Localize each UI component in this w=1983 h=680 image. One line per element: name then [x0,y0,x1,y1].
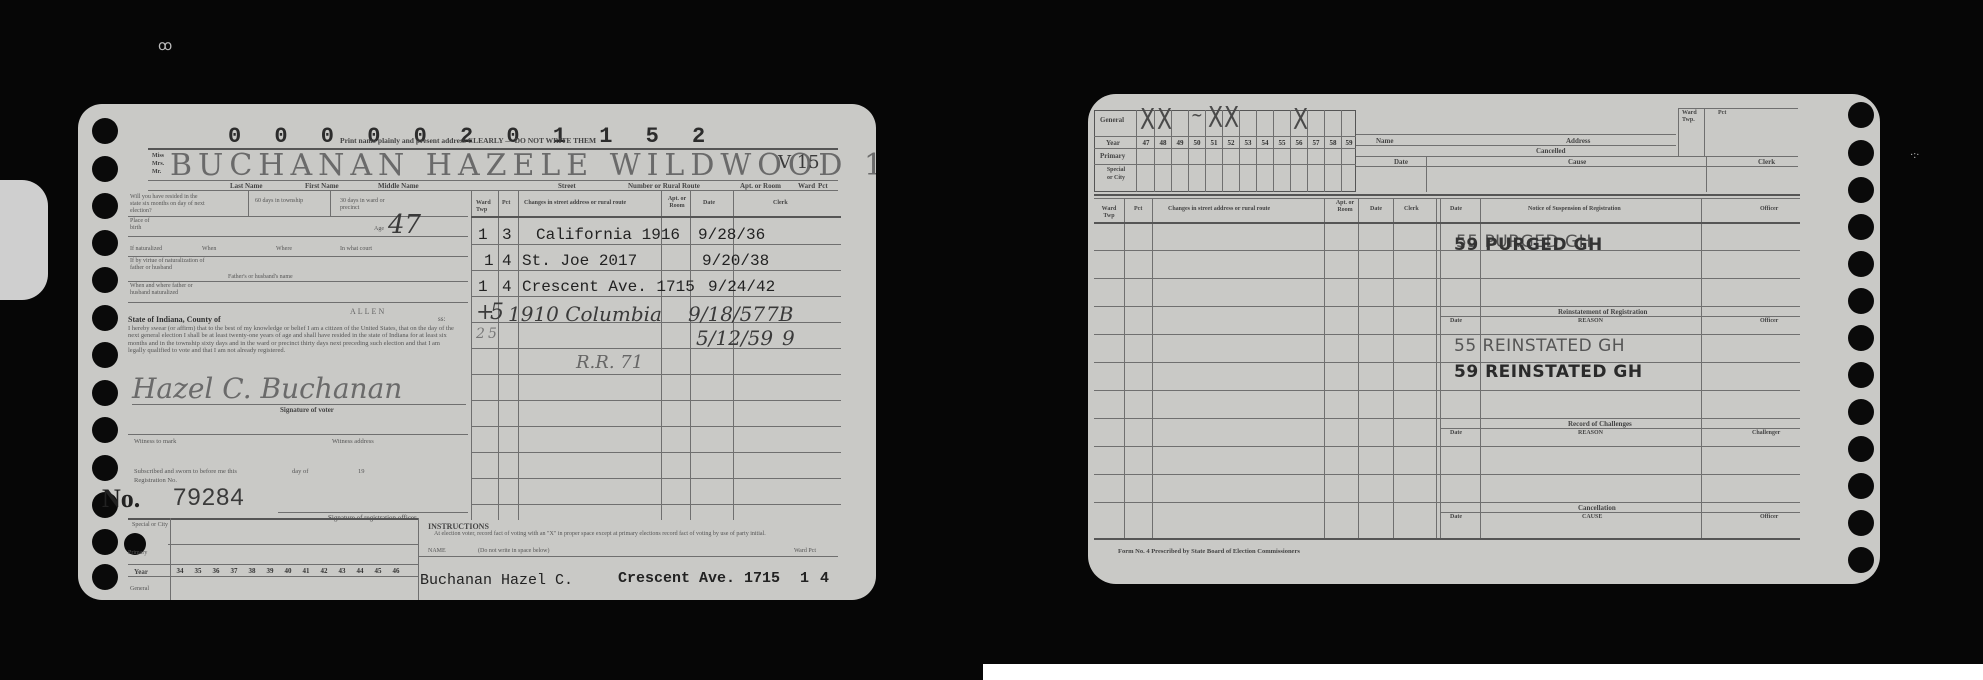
rule [128,518,418,520]
label-place-of-birth: Place of birth [130,218,160,232]
row4-date: 9/18/57 [688,302,765,326]
label-number: Number or Rural Route [628,182,700,190]
reinstatement-title: Reinstatement of Registration [1558,308,1647,316]
year-cell: 48 [1155,139,1171,147]
year-cell: 56 [1291,139,1307,147]
label-last-name: Last Name [230,182,262,190]
name-handwritten: BUCHANAN HAZELE WILDWOOD 124 [170,148,876,183]
rule [1094,418,1800,419]
year-cell: 40 [280,567,296,575]
label-pct: Pct [818,182,828,190]
reinstatement-col-officer: Officer [1760,318,1778,324]
footer-pct: 4 [820,570,829,587]
instructions-ward-pct: Ward Pct [794,548,816,554]
rule [1205,110,1206,192]
punch-hole [1848,473,1874,499]
dust-speck: ·:· [1910,150,1919,161]
adjacent-card-edge [0,180,48,300]
label-street: Street [558,182,576,190]
row3-date: 9/24/42 [708,278,775,296]
footer-name: Buchanan Hazel C. [420,572,573,589]
vote-mark-48: X [1157,104,1172,137]
rule [128,434,468,435]
grid-label-special: Special or City [130,522,170,529]
rule [418,518,419,600]
label-name: Name [1376,137,1394,145]
footer-ward: 1 [800,570,809,587]
rule [1358,198,1359,538]
col-apt: Apt. or Room [666,196,688,210]
label-when: When [202,246,216,252]
rule [1256,110,1257,192]
row1-date: 9/28/36 [698,226,765,244]
label-clerk: Clerk [1758,158,1775,166]
row3-address: Crescent Ave. 1715 [522,278,695,296]
year-cell: 52 [1223,139,1239,147]
grid-label-general: General [1100,116,1124,124]
registration-card-front: 0 0 0 0 0 2 0 1 1 5 2 Print name plainly… [78,104,876,600]
punch-hole [1848,325,1874,351]
rule [471,244,841,245]
label-address: Address [1566,137,1590,145]
rule [1273,110,1274,192]
punch-hole [92,455,118,481]
col-date: Date [1370,206,1382,212]
row4-clerk: 7B [766,302,793,326]
label-apt: Apt. or Room [740,182,781,190]
county-name: ALLEN [350,308,386,316]
punch-hole [1848,251,1874,277]
rule [471,216,841,218]
punch-hole [1848,399,1874,425]
punch-hole [1848,140,1874,166]
rule [128,564,418,565]
ward-pct-handwritten: V 15 [778,152,820,173]
challenges-col-reason: REASON [1578,430,1603,436]
label-cause: Cause [1568,158,1586,166]
punch-hole [92,417,118,443]
year-cell: 50 [1189,139,1205,147]
year-cell: 47 [1138,139,1154,147]
label-age: Age [374,226,384,232]
rule [1393,198,1394,538]
rule [1094,502,1800,503]
rule [471,452,841,453]
year-cell: 54 [1257,139,1273,147]
year-cell: 42 [316,567,332,575]
year-cell: 43 [334,567,350,575]
prefix-mrs: Mrs. [152,161,164,167]
punch-hole [92,380,118,406]
reinstatement-entry-59: 59 REINSTATED GH [1454,362,1643,382]
label-witness-mark: Witness to mark [134,438,176,445]
rule [1136,110,1137,192]
rule [471,374,841,375]
col-apt: Apt. or Room [1334,200,1356,214]
punch-hole [92,267,118,293]
rule [1188,110,1189,192]
vote-mark-51: X [1208,102,1223,135]
label-naturalized: If naturalized [130,246,162,252]
punch-hole [1848,177,1874,203]
year-cell: 58 [1325,139,1341,147]
reinstatement-entry-55: 55 REINSTATED GH [1454,336,1625,356]
rule [1440,428,1800,429]
year-cell: 39 [262,567,278,575]
instructions-text: At election voter, record fact of voting… [434,531,834,538]
year-cell: 59 [1342,139,1356,147]
label-first-name: First Name [305,182,339,190]
year-cell: 44 [352,567,368,575]
year-cell: 57 [1308,139,1324,147]
row2-address: St. Joe 2017 [522,252,637,270]
rule [471,426,841,427]
form-footer: Form No. 4 Prescribed by State Board of … [1118,548,1300,555]
year-cell: 55 [1274,139,1290,147]
vote-mark-47: X [1140,104,1155,137]
punch-hole [1848,362,1874,388]
rule [128,256,468,257]
row1-ward: 1 [478,226,488,244]
rule [1356,166,1798,167]
rule [1324,198,1325,538]
label-naturalization-father: If by virtue of naturalization of father… [130,258,210,272]
row3-ward: 1 [478,278,488,296]
rule [1324,110,1325,192]
instructions-title: INSTRUCTIONS [428,522,489,531]
punch-hole [1848,214,1874,240]
rule [330,190,331,216]
col-clerk: Clerk [1404,206,1419,212]
rule [1152,198,1153,538]
year-cell: 41 [298,567,314,575]
rule [1094,250,1800,251]
label-ward-twp: Ward Twp. [1682,110,1702,124]
label-registration-no: Registration No. [134,477,177,484]
challenges-title: Record of Challenges [1568,420,1632,428]
instructions-name-label: NAME [428,548,446,554]
rule [1094,136,1356,137]
rule [1094,334,1800,335]
row4-address: 1910 Columbia [508,302,662,326]
vote-mark-52: X [1224,102,1239,135]
prefix-miss: Miss [152,153,164,159]
col-clerk: Clerk [773,200,788,206]
label-subscribed: Subscribed and sworn to before me this [134,468,237,475]
rule [1678,108,1798,109]
suspension-entry-59: 59 PURGED GH [1454,235,1603,255]
row1-pct: 3 [502,226,512,244]
year-cell: 49 [1172,139,1188,147]
col-date: Date [703,200,715,206]
label-cancelled: Cancelled [1536,147,1566,155]
label-where: Where [276,246,292,252]
rule [1094,362,1800,363]
row5-pct: 5 [488,326,497,342]
rule [1440,316,1800,317]
rule [1678,108,1679,156]
rule [1124,198,1125,538]
vote-mark-56: X [1293,104,1308,137]
rule [1094,538,1800,540]
rule [1094,148,1356,149]
rule [1094,474,1800,475]
rule [1094,306,1800,307]
col-pct: Pct [1134,206,1142,212]
rule [1341,110,1342,192]
rule [148,180,838,181]
header-instruction: Print name plainly and present address C… [340,136,596,145]
row5-clerk: 9 [782,326,795,350]
rule [1094,198,1800,199]
col-pct: Pct [502,200,510,206]
row1-address: California 1916 [536,226,680,244]
row5-ward: 2 [476,326,485,342]
punch-hole [92,230,118,256]
rule [471,190,472,520]
rule [1094,222,1800,224]
punch-hole [1848,102,1874,128]
label-court: In what court [340,246,372,252]
rule [1426,156,1427,192]
rule [1239,110,1240,192]
year-cell: 51 [1206,139,1222,147]
year-cell: 38 [244,567,260,575]
year-cell: 53 [1240,139,1256,147]
label-middle-name: Middle Name [378,182,419,190]
rule [168,544,418,545]
grid-label-special: Special or City [1106,166,1126,182]
rule [128,236,468,237]
grid-label-general: General [130,586,149,592]
suspension-col-officer: Officer [1760,206,1778,212]
col-ward-twp: Ward Twp [1098,206,1120,220]
rule [278,512,468,513]
rule [128,302,468,303]
cancellation-title: Cancellation [1578,504,1616,512]
punch-hole [92,564,118,590]
row3-pct: 4 [502,278,512,296]
voter-signature: Hazel C. Buchanan [132,372,402,405]
suspension-col-notice: Notice of Suspension of Registration [1528,206,1621,212]
rule [1440,198,1441,538]
label-date: Date [1394,158,1408,166]
punch-hole [92,305,118,331]
grid-label-primary: Primary [1100,152,1125,160]
rule [498,190,499,520]
rule [471,400,841,401]
rule [1356,145,1676,146]
rule [1440,512,1800,513]
rule [1356,134,1676,135]
year-cell: 37 [226,567,242,575]
label-ward: Ward [798,182,815,190]
cancellation-col-date: Date [1450,514,1462,520]
punch-hole [92,529,118,555]
question-township: 60 days in township [255,198,305,205]
oath-block: State of Indiana, County of ALLEN ss: I … [128,316,458,355]
label-day-of: day of [292,468,308,475]
rule [1094,194,1800,196]
punch-hole [92,342,118,368]
rule [1356,156,1798,157]
rule [690,190,691,520]
rule [1436,198,1437,538]
rule [248,190,249,216]
row2-date: 9/20/38 [702,252,769,270]
punch-hole [92,193,118,219]
year-cell: 35 [190,567,206,575]
challenges-col-date: Date [1450,430,1462,436]
challenges-col-challenger: Challenger [1752,430,1780,436]
oath-title: State of Indiana, County of [128,315,221,324]
label-pct: Pct [1718,110,1726,116]
blank-strip [983,664,1983,680]
rule [471,270,841,271]
year-cell: 45 [370,567,386,575]
row6-address: R.R. 71 [576,352,643,373]
col-ward-twp: Ward Twp [476,200,498,214]
prefix-mr: Mr. [152,169,161,175]
registration-card-back: General Year Primary Special or City 47 … [1088,94,1880,584]
year-cell: 34 [172,567,188,575]
vote-mark-50: ~ [1191,106,1203,127]
footer-address: Crescent Ave. 1715 [618,570,780,587]
grid-label-year: Year [134,568,148,576]
oath-text: I hereby swear (or affirm) that to the b… [128,325,458,355]
label-father-when: When and where father or husband natural… [130,283,210,297]
question-state-residence: Will you have resided in the state six m… [130,194,210,215]
rule [418,556,838,557]
cancellation-col-officer: Officer [1760,514,1778,520]
rule [128,576,418,577]
punch-hole [92,156,118,182]
rule [132,404,466,405]
col-changes: Changes in street address or rural route [524,200,626,206]
rule [1094,278,1800,279]
row4-pct: 5 [490,300,504,325]
year-cell: 46 [388,567,404,575]
punch-hole [1848,288,1874,314]
grid-label-primary: Primary [128,550,147,556]
rule [1094,164,1356,165]
dust-speck: ꝏ [158,38,172,55]
row2-ward: 1 [484,252,494,270]
rule [148,190,838,191]
punch-hole [1848,547,1874,573]
punch-hole [1848,510,1874,536]
rule [170,518,171,600]
label-witness-address: Witness address [332,438,374,445]
year-cell: 36 [208,567,224,575]
punch-hole [92,118,118,144]
grid-label-year: Year [1106,139,1120,147]
title-prefix: Miss Mrs. Mr. [152,152,164,176]
rule [1704,108,1705,156]
col-changes: Changes in street address or rural route [1168,206,1270,212]
registration-number: 79284 [173,484,245,512]
rule [471,504,841,505]
rule [1094,390,1800,391]
rule [1706,156,1707,192]
rule [1290,110,1291,192]
label-year-19: 19 [358,468,365,475]
suspension-col-date: Date [1450,206,1462,212]
reinstatement-col-date: Date [1450,318,1462,324]
label-signature-of-voter: Signature of voter [280,406,334,414]
row5-date: 5/12/59 [696,326,773,350]
rule [518,190,519,520]
rule [471,296,841,297]
cancellation-col-cause: CAUSE [1582,514,1602,520]
rule [471,478,841,479]
instructions-name-hint: (Do not write in space below) [478,548,549,554]
punch-hole [1848,436,1874,462]
label-father-name: Father's or husband's name [228,274,293,280]
rule [128,281,468,282]
reinstatement-col-reason: REASON [1578,318,1603,324]
rule [1701,198,1702,538]
number-mark: No. [102,484,140,514]
oath-ss: ss: [438,316,445,324]
rule [1094,446,1800,447]
row2-pct: 4 [502,252,512,270]
